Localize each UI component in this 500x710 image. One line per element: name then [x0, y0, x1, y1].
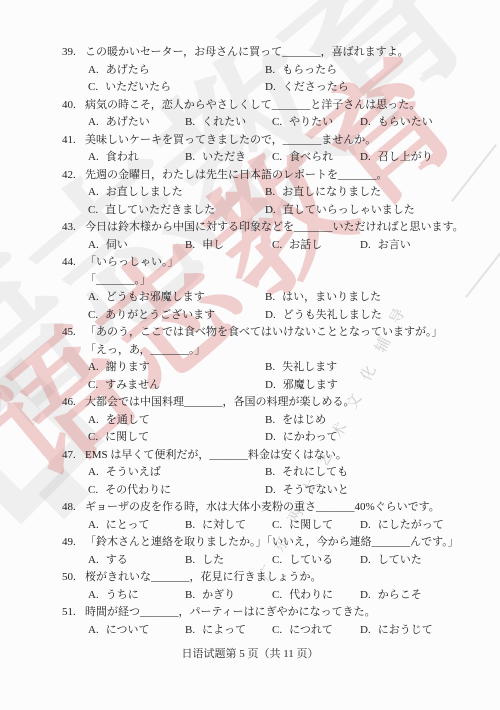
question-stem-text: 「いらっしゃい。」 [85, 256, 179, 268]
option-label: C. [272, 116, 282, 128]
question-44: 44.「いらっしゃい。」「_______。」 A.どうもお邪魔しますB.はい，ま… [62, 254, 474, 324]
option-label: D. [360, 239, 371, 251]
option-B: B.した [185, 552, 272, 570]
question-number: 40. [62, 97, 85, 115]
question-number: 42. [62, 167, 85, 185]
question-options: A.食われB.いただきC.食べられD.召し上がり [88, 149, 474, 167]
question-43: 43.今日は鈴木様から中国に対する印象などを_______いただければと思います… [62, 219, 474, 254]
option-label: C. [272, 519, 282, 531]
option-B: B.に対して [185, 517, 272, 535]
option-label: D. [360, 519, 371, 531]
option-C: C.いただいたら [88, 79, 265, 97]
question-options: A.どうもお邪魔しますB.はい，まいりましたC.ありがとうございますD.どうも失… [88, 289, 474, 324]
option-label: D. [265, 484, 276, 496]
option-C: C.に関して [272, 517, 360, 535]
question-stems: 43.今日は鈴木様から中国に対する印象などを_______いただければと思います… [62, 219, 474, 237]
option-label: A. [88, 361, 99, 373]
option-C: C.につれて [272, 622, 360, 640]
question-50: 50.桜がきれいな_______，花見に行きましょうか。 A.うちにB.かぎりC… [62, 569, 474, 604]
question-stem-text: 時間が経つ_______，パーティーはにぎやかになってきた。 [85, 606, 376, 618]
option-label: B. [265, 361, 275, 373]
option-label: C. [272, 554, 282, 566]
option-D: D.くださったら [265, 79, 474, 97]
question-stems: 44.「いらっしゃい。」「_______。」 [62, 254, 474, 289]
option-label: A. [88, 589, 99, 601]
question-47: 47.EMS は早くて便利だが，_______料金は安くはない。 A.そういえば… [62, 447, 474, 500]
option-B: B.それにしても [265, 464, 474, 482]
question-options: A.伺いB.申しC.お話しD.お言い [88, 237, 474, 255]
option-B: B.をはじめ [265, 412, 474, 430]
question-stem-line: 49.「鈴木さんと連絡を取りましたか。」「いいえ，今から連絡_______んです… [62, 534, 474, 552]
option-C: C.お話し [272, 237, 360, 255]
option-D: D.邪魔します [265, 377, 474, 395]
option-label: C. [272, 589, 282, 601]
option-label: C. [88, 204, 98, 216]
option-label: B. [185, 554, 195, 566]
question-stem-line: 50.桜がきれいな_______，花見に行きましょうか。 [62, 569, 474, 587]
option-C: C.している [272, 552, 360, 570]
question-stem-text: 大都会では中国料理_______，各国の料理が楽しめる。 [85, 396, 355, 408]
question-stem-text: 病気の時こそ，恋人からやさしくして_______と洋子さんは思った。 [85, 99, 420, 111]
option-label: C. [272, 624, 282, 636]
option-A: A.する [88, 552, 185, 570]
question-stems: 51.時間が経つ_______，パーティーはにぎやかになってきた。 [62, 604, 474, 622]
question-stems: 42.先週の金曜日，わたしは先生に日本語のレポートを_______。 [62, 167, 474, 185]
exam-page: 语志教育 语志教育 广东两大艺术文化辅导 39.この暖かいセーター，お母さんに買… [0, 0, 500, 710]
option-D: D.もらいたい [360, 114, 474, 132]
option-label: D. [265, 379, 276, 391]
option-B: B.はい，まいりました [265, 289, 474, 307]
question-stem-line: 48.ギョーザの皮を作る時，水は大体小麦粉の重さ_______40%ぐらいです。 [62, 499, 474, 517]
question-stem-line: 「_______。」 [62, 272, 474, 290]
option-label: A. [88, 151, 99, 163]
question-stem-line: 41.美味しいケーキを買ってきましたので，_______ませんか。 [62, 132, 474, 150]
option-label: B. [185, 151, 195, 163]
question-stem-text: ギョーザの皮を作る時，水は大体小麦粉の重さ_______40%ぐらいです。 [85, 501, 440, 513]
option-A: A.お直ししました [88, 184, 265, 202]
question-40: 40.病気の時こそ，恋人からやさしくして_______と洋子さんは思った。 A.… [62, 97, 474, 132]
question-stem-text: 「えっ，あ，_______。」 [85, 344, 206, 356]
option-D: D.からこそ [360, 587, 474, 605]
option-A: A.について [88, 622, 185, 640]
option-C: C.その代わりに [88, 482, 265, 500]
option-label: D. [265, 81, 276, 93]
question-stem-line: 「えっ，あ，_______。」 [62, 342, 474, 360]
question-number: 48. [62, 499, 85, 517]
option-label: B. [265, 64, 275, 76]
question-stem-text: 先週の金曜日，わたしは先生に日本語のレポートを_______。 [85, 169, 388, 181]
option-label: C. [88, 379, 98, 391]
option-A: A.うちに [88, 587, 185, 605]
option-C: C.食べられ [272, 149, 360, 167]
option-A: A.伺い [88, 237, 185, 255]
option-label: B. [185, 116, 195, 128]
option-D: D.にかわって [265, 429, 474, 447]
question-stems: 48.ギョーザの皮を作る時，水は大体小麦粉の重さ_______40%ぐらいです。 [62, 499, 474, 517]
option-label: B. [185, 589, 195, 601]
question-45: 45.「あのう，ここでは食べ物を食べてはいけないこととなっていますが。」「えっ，… [62, 324, 474, 394]
option-B: B.申し [185, 237, 272, 255]
question-stems: 46.大都会では中国料理_______，各国の料理が楽しめる。 [62, 394, 474, 412]
option-C: C.代わりに [272, 587, 360, 605]
question-number: 49. [62, 534, 85, 552]
option-D: D.していた [360, 552, 474, 570]
option-label: A. [88, 291, 99, 303]
question-stem-line: 40.病気の時こそ，恋人からやさしくして_______と洋子さんは思った。 [62, 97, 474, 115]
option-label: A. [88, 186, 99, 198]
option-B: B.いただき [185, 149, 272, 167]
option-label: A. [88, 624, 99, 636]
question-stem-line: 47.EMS は早くて便利だが，_______料金は安くはない。 [62, 447, 474, 465]
question-46: 46.大都会では中国料理_______，各国の料理が楽しめる。 A.を通してB.… [62, 394, 474, 447]
page-footer: 日语试题第 5 页（共 11 页） [0, 646, 500, 663]
question-stem-line: 42.先週の金曜日，わたしは先生に日本語のレポートを_______。 [62, 167, 474, 185]
option-label: A. [88, 64, 99, 76]
option-label: D. [360, 116, 371, 128]
option-D: D.そうでないと [265, 482, 474, 500]
question-stem-text: 桜がきれいな_______，花見に行きましょうか。 [85, 571, 322, 583]
option-C: C.やりたい [272, 114, 360, 132]
question-options: A.お直ししましたB.お直しになりましたC.直していただきましたD.直していらっ… [88, 184, 474, 219]
question-41: 41.美味しいケーキを買ってきましたので，_______ませんか。 A.食われB… [62, 132, 474, 167]
option-label: C. [88, 431, 98, 443]
question-stem-text: 今日は鈴木様から中国に対する印象などを_______いただければと思います。 [85, 221, 464, 233]
option-A: A.にとって [88, 517, 185, 535]
option-D: D.におうじて [360, 622, 474, 640]
option-D: D.どうも失礼しました [265, 307, 474, 325]
question-51: 51.時間が経つ_______，パーティーはにぎやかになってきた。 A.について… [62, 604, 474, 639]
option-B: B.お直しになりました [265, 184, 474, 202]
option-B: B.もらったら [265, 62, 474, 80]
question-number: 46. [62, 394, 85, 412]
question-number: 45. [62, 324, 85, 342]
question-stems: 47.EMS は早くて便利だが，_______料金は安くはない。 [62, 447, 474, 465]
question-stems: 41.美味しいケーキを買ってきましたので，_______ませんか。 [62, 132, 474, 150]
option-C: C.ありがとうございます [88, 307, 265, 325]
question-options: A.謝りますB.失礼しますC.すみませんD.邪魔します [88, 359, 474, 394]
question-stem-text: EMS は早くて便利だが，_______料金は安くはない。 [85, 449, 347, 461]
option-A: A.あげたら [88, 62, 265, 80]
option-D: D.お言い [360, 237, 474, 255]
option-D: D.直していらっしゃいました [265, 202, 474, 220]
question-options: A.あげたらB.もらったらC.いただいたらD.くださったら [88, 62, 474, 97]
option-B: B.くれたい [185, 114, 272, 132]
question-number: 39. [62, 44, 85, 62]
option-C: C.すみません [88, 377, 265, 395]
question-stem-text: 「鈴木さんと連絡を取りましたか。」「いいえ，今から連絡_______んです。」 [85, 536, 459, 548]
option-B: B.によって [185, 622, 272, 640]
question-options: A.についてB.によってC.につれてD.におうじて [88, 622, 474, 640]
option-label: D. [360, 589, 371, 601]
question-stems: 39.この暖かいセーター，お母さんに買って_______，喜ばれますよ。 [62, 44, 474, 62]
option-label: D. [360, 624, 371, 636]
question-48: 48.ギョーザの皮を作る時，水は大体小麦粉の重さ_______40%ぐらいです。… [62, 499, 474, 534]
option-A: A.どうもお邪魔します [88, 289, 265, 307]
question-stem-text: 美味しいケーキを買ってきましたので，_______ませんか。 [85, 134, 376, 146]
option-label: C. [272, 151, 282, 163]
question-options: A.そういえばB.それにしてもC.その代わりにD.そうでないと [88, 464, 474, 499]
question-options: A.にとってB.に対してC.に関してD.にしたがって [88, 517, 474, 535]
option-C: C.に関して [88, 429, 265, 447]
option-label: A. [88, 414, 99, 426]
option-B: B.かぎり [185, 587, 272, 605]
option-label: D. [265, 431, 276, 443]
option-label: B. [265, 291, 275, 303]
question-number: 51. [62, 604, 85, 622]
question-stem-line: 45.「あのう，ここでは食べ物を食べてはいけないこととなっていますが。」 [62, 324, 474, 342]
question-number: 44. [62, 254, 85, 272]
option-D: D.召し上がり [360, 149, 474, 167]
question-stem-text: 「あのう，ここでは食べ物を食べてはいけないこととなっていますが。」 [85, 326, 443, 338]
option-label: C. [88, 484, 98, 496]
question-stem-line: 43.今日は鈴木様から中国に対する印象などを_______いただければと思います… [62, 219, 474, 237]
question-stem-line: 44.「いらっしゃい。」 [62, 254, 474, 272]
option-label: B. [265, 466, 275, 478]
question-stem-text: 「_______。」 [85, 274, 151, 286]
question-options: A.するB.したC.しているD.していた [88, 552, 474, 570]
question-options: A.あげたいB.くれたいC.やりたいD.もらいたい [88, 114, 474, 132]
option-label: B. [265, 186, 275, 198]
option-label: A. [88, 554, 99, 566]
question-stem-line: 51.時間が経つ_______，パーティーはにぎやかになってきた。 [62, 604, 474, 622]
question-42: 42.先週の金曜日，わたしは先生に日本語のレポートを_______。 A.お直し… [62, 167, 474, 220]
option-label: B. [185, 239, 195, 251]
question-options: A.うちにB.かぎりC.代わりにD.からこそ [88, 587, 474, 605]
option-label: B. [185, 519, 195, 531]
option-C: C.直していただきました [88, 202, 265, 220]
option-B: B.失礼します [265, 359, 474, 377]
option-label: A. [88, 239, 99, 251]
question-number: 47. [62, 447, 85, 465]
option-label: D. [265, 309, 276, 321]
question-list: 39.この暖かいセーター，お母さんに買って_______，喜ばれますよ。 A.あ… [62, 44, 474, 639]
option-label: D. [360, 151, 371, 163]
option-label: B. [185, 624, 195, 636]
question-stem-line: 39.この暖かいセーター，お母さんに買って_______，喜ばれますよ。 [62, 44, 474, 62]
option-label: A. [88, 519, 99, 531]
option-label: C. [88, 81, 98, 93]
option-label: C. [272, 239, 282, 251]
question-stems: 40.病気の時こそ，恋人からやさしくして_______と洋子さんは思った。 [62, 97, 474, 115]
question-stems: 45.「あのう，ここでは食べ物を食べてはいけないこととなっていますが。」「えっ，… [62, 324, 474, 359]
question-stem-text: この暖かいセーター，お母さんに買って_______，喜ばれますよ。 [85, 46, 409, 58]
option-A: A.を通して [88, 412, 265, 430]
option-A: A.あげたい [88, 114, 185, 132]
option-label: C. [88, 309, 98, 321]
question-number: 41. [62, 132, 85, 150]
question-number: 50. [62, 569, 85, 587]
question-49: 49.「鈴木さんと連絡を取りましたか。」「いいえ，今から連絡_______んです… [62, 534, 474, 569]
option-D: D.にしたがって [360, 517, 474, 535]
option-label: B. [265, 414, 275, 426]
option-label: A. [88, 466, 99, 478]
option-A: A.そういえば [88, 464, 265, 482]
option-label: D. [360, 554, 371, 566]
question-options: A.を通してB.をはじめC.に関してD.にかわって [88, 412, 474, 447]
question-number: 43. [62, 219, 85, 237]
question-stems: 49.「鈴木さんと連絡を取りましたか。」「いいえ，今から連絡_______んです… [62, 534, 474, 552]
option-label: D. [265, 204, 276, 216]
option-A: A.謝ります [88, 359, 265, 377]
question-39: 39.この暖かいセーター，お母さんに買って_______，喜ばれますよ。 A.あ… [62, 44, 474, 97]
question-stems: 50.桜がきれいな_______，花見に行きましょうか。 [62, 569, 474, 587]
option-A: A.食われ [88, 149, 185, 167]
option-label: A. [88, 116, 99, 128]
question-stem-line: 46.大都会では中国料理_______，各国の料理が楽しめる。 [62, 394, 474, 412]
